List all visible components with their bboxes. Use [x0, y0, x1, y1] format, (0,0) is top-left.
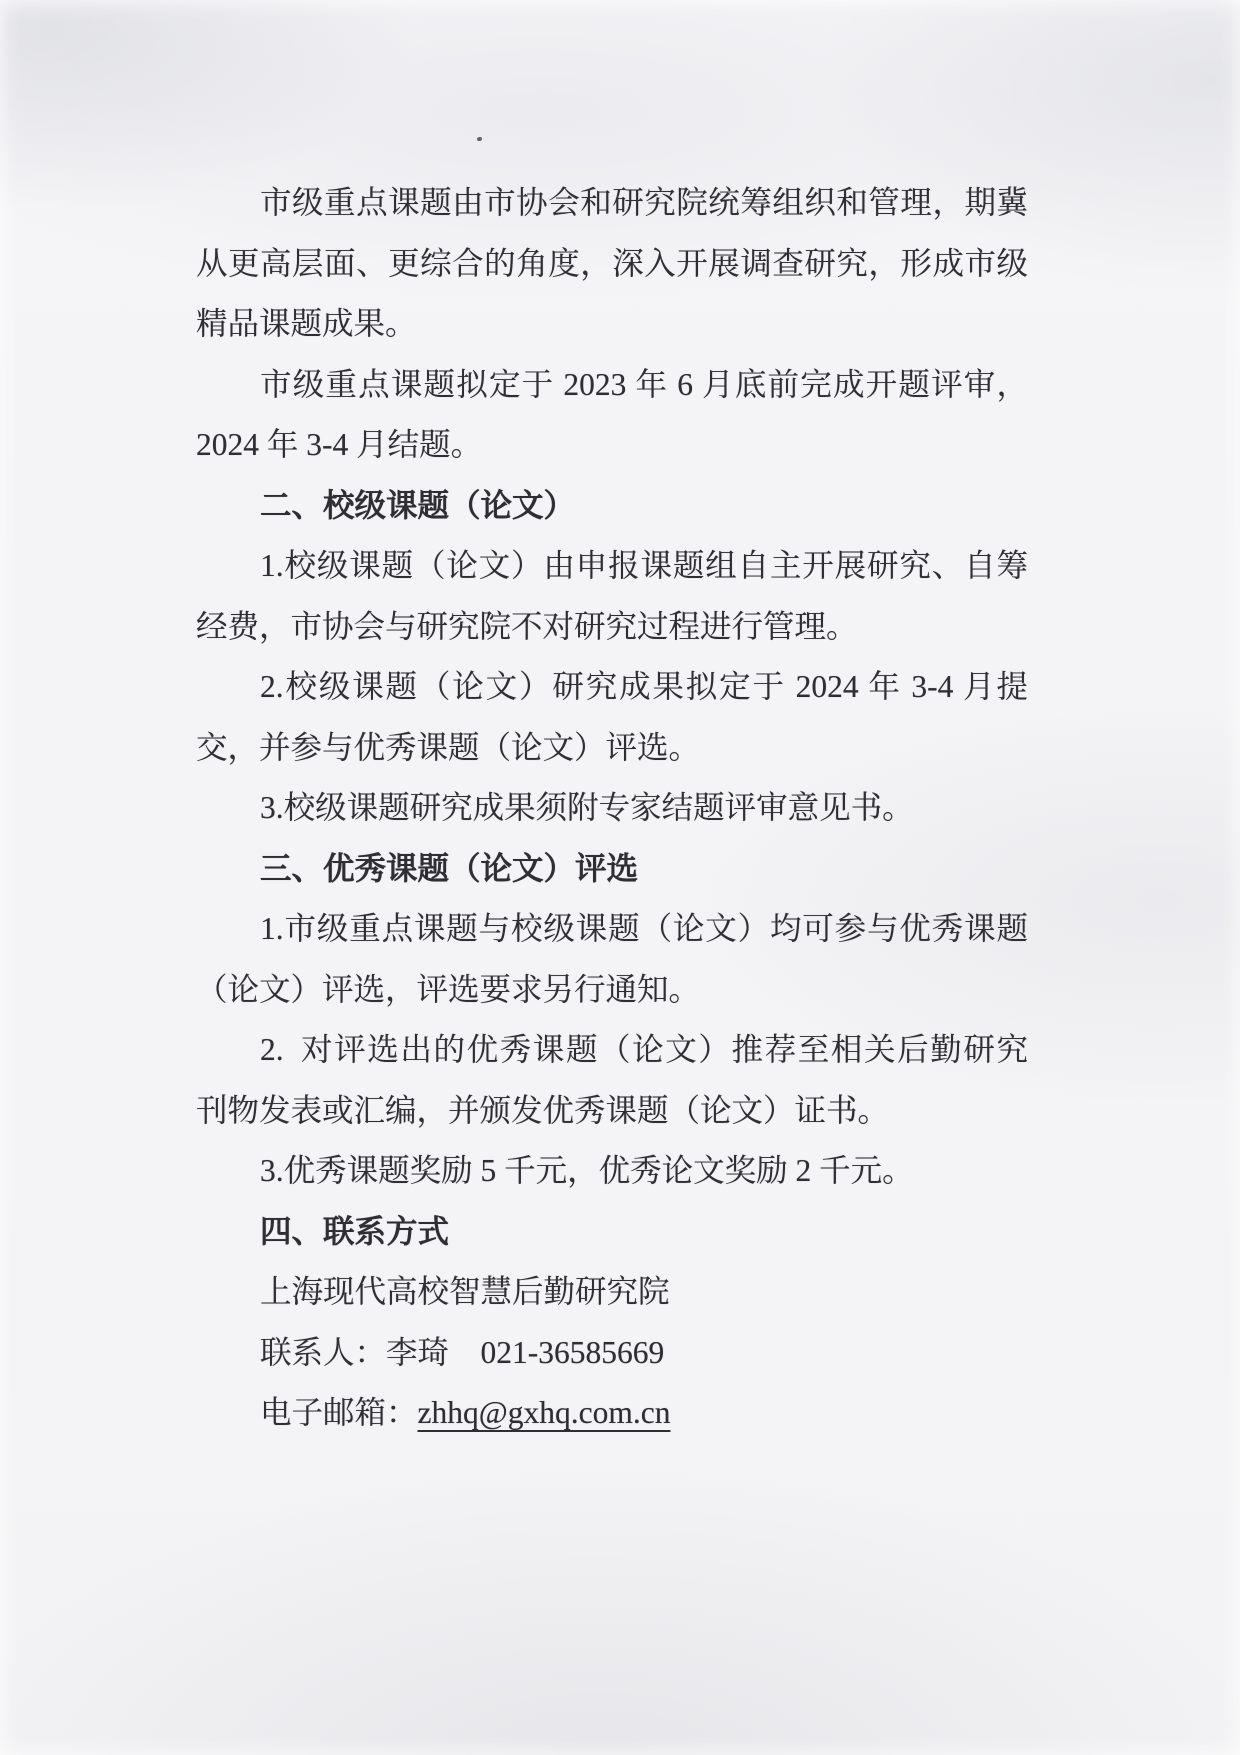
- paragraph-line: 2.校级课题（论文）研究成果拟定于 2024 年 3-4 月提: [196, 657, 1028, 718]
- paragraph-line: 1.校级课题（论文）由申报课题组自主开展研究、自筹: [196, 536, 1028, 597]
- section-heading-2: 二、校级课题（论文）: [196, 476, 1028, 537]
- paragraph-line: （论文）评选，评选要求另行通知。: [196, 960, 1028, 1021]
- paragraph-line: 交，并参与优秀课题（论文）评选。: [196, 718, 1028, 779]
- document-body: 市级重点课题由市协会和研究院统筹组织和管理，期冀 从更高层面、更综合的角度，深入…: [196, 173, 1028, 1444]
- scan-speck: [477, 137, 482, 141]
- paragraph-line: 经费，市协会与研究院不对研究过程进行管理。: [196, 597, 1028, 658]
- paragraph-line: 精品课题成果。: [196, 294, 1028, 355]
- paragraph-line: 2024 年 3-4 月结题。: [196, 415, 1028, 476]
- paragraph-line: 3.校级课题研究成果须附专家结题评审意见书。: [196, 778, 1028, 839]
- scanned-page: 市级重点课题由市协会和研究院统筹组织和管理，期冀 从更高层面、更综合的角度，深入…: [0, 0, 1240, 1755]
- contact-person-line: 联系人：李琦 021-36585669: [196, 1323, 1028, 1384]
- email-line: 电子邮箱：zhhq@gxhq.com.cn: [196, 1383, 1028, 1444]
- paragraph-line: 刊物发表或汇编，并颁发优秀课题（论文）证书。: [196, 1081, 1028, 1142]
- email-label: 电子邮箱：: [260, 1395, 418, 1430]
- paragraph-line: 3.优秀课题奖励 5 千元，优秀论文奖励 2 千元。: [196, 1141, 1028, 1202]
- paragraph-line: 市级重点课题拟定于 2023 年 6 月底前完成开题评审，: [196, 355, 1028, 416]
- section-heading-3: 三、优秀课题（论文）评选: [196, 839, 1028, 900]
- section-heading-4: 四、联系方式: [196, 1202, 1028, 1263]
- paragraph-line: 从更高层面、更综合的角度，深入开展调查研究，形成市级: [196, 234, 1028, 295]
- email-address: zhhq@gxhq.com.cn: [418, 1395, 671, 1430]
- institute-name-line: 上海现代高校智慧后勤研究院: [196, 1262, 1028, 1323]
- paragraph-line: 市级重点课题由市协会和研究院统筹组织和管理，期冀: [196, 173, 1028, 234]
- paragraph-line: 2. 对评选出的优秀课题（论文）推荐至相关后勤研究: [196, 1020, 1028, 1081]
- paragraph-line: 1.市级重点课题与校级课题（论文）均可参与优秀课题: [196, 899, 1028, 960]
